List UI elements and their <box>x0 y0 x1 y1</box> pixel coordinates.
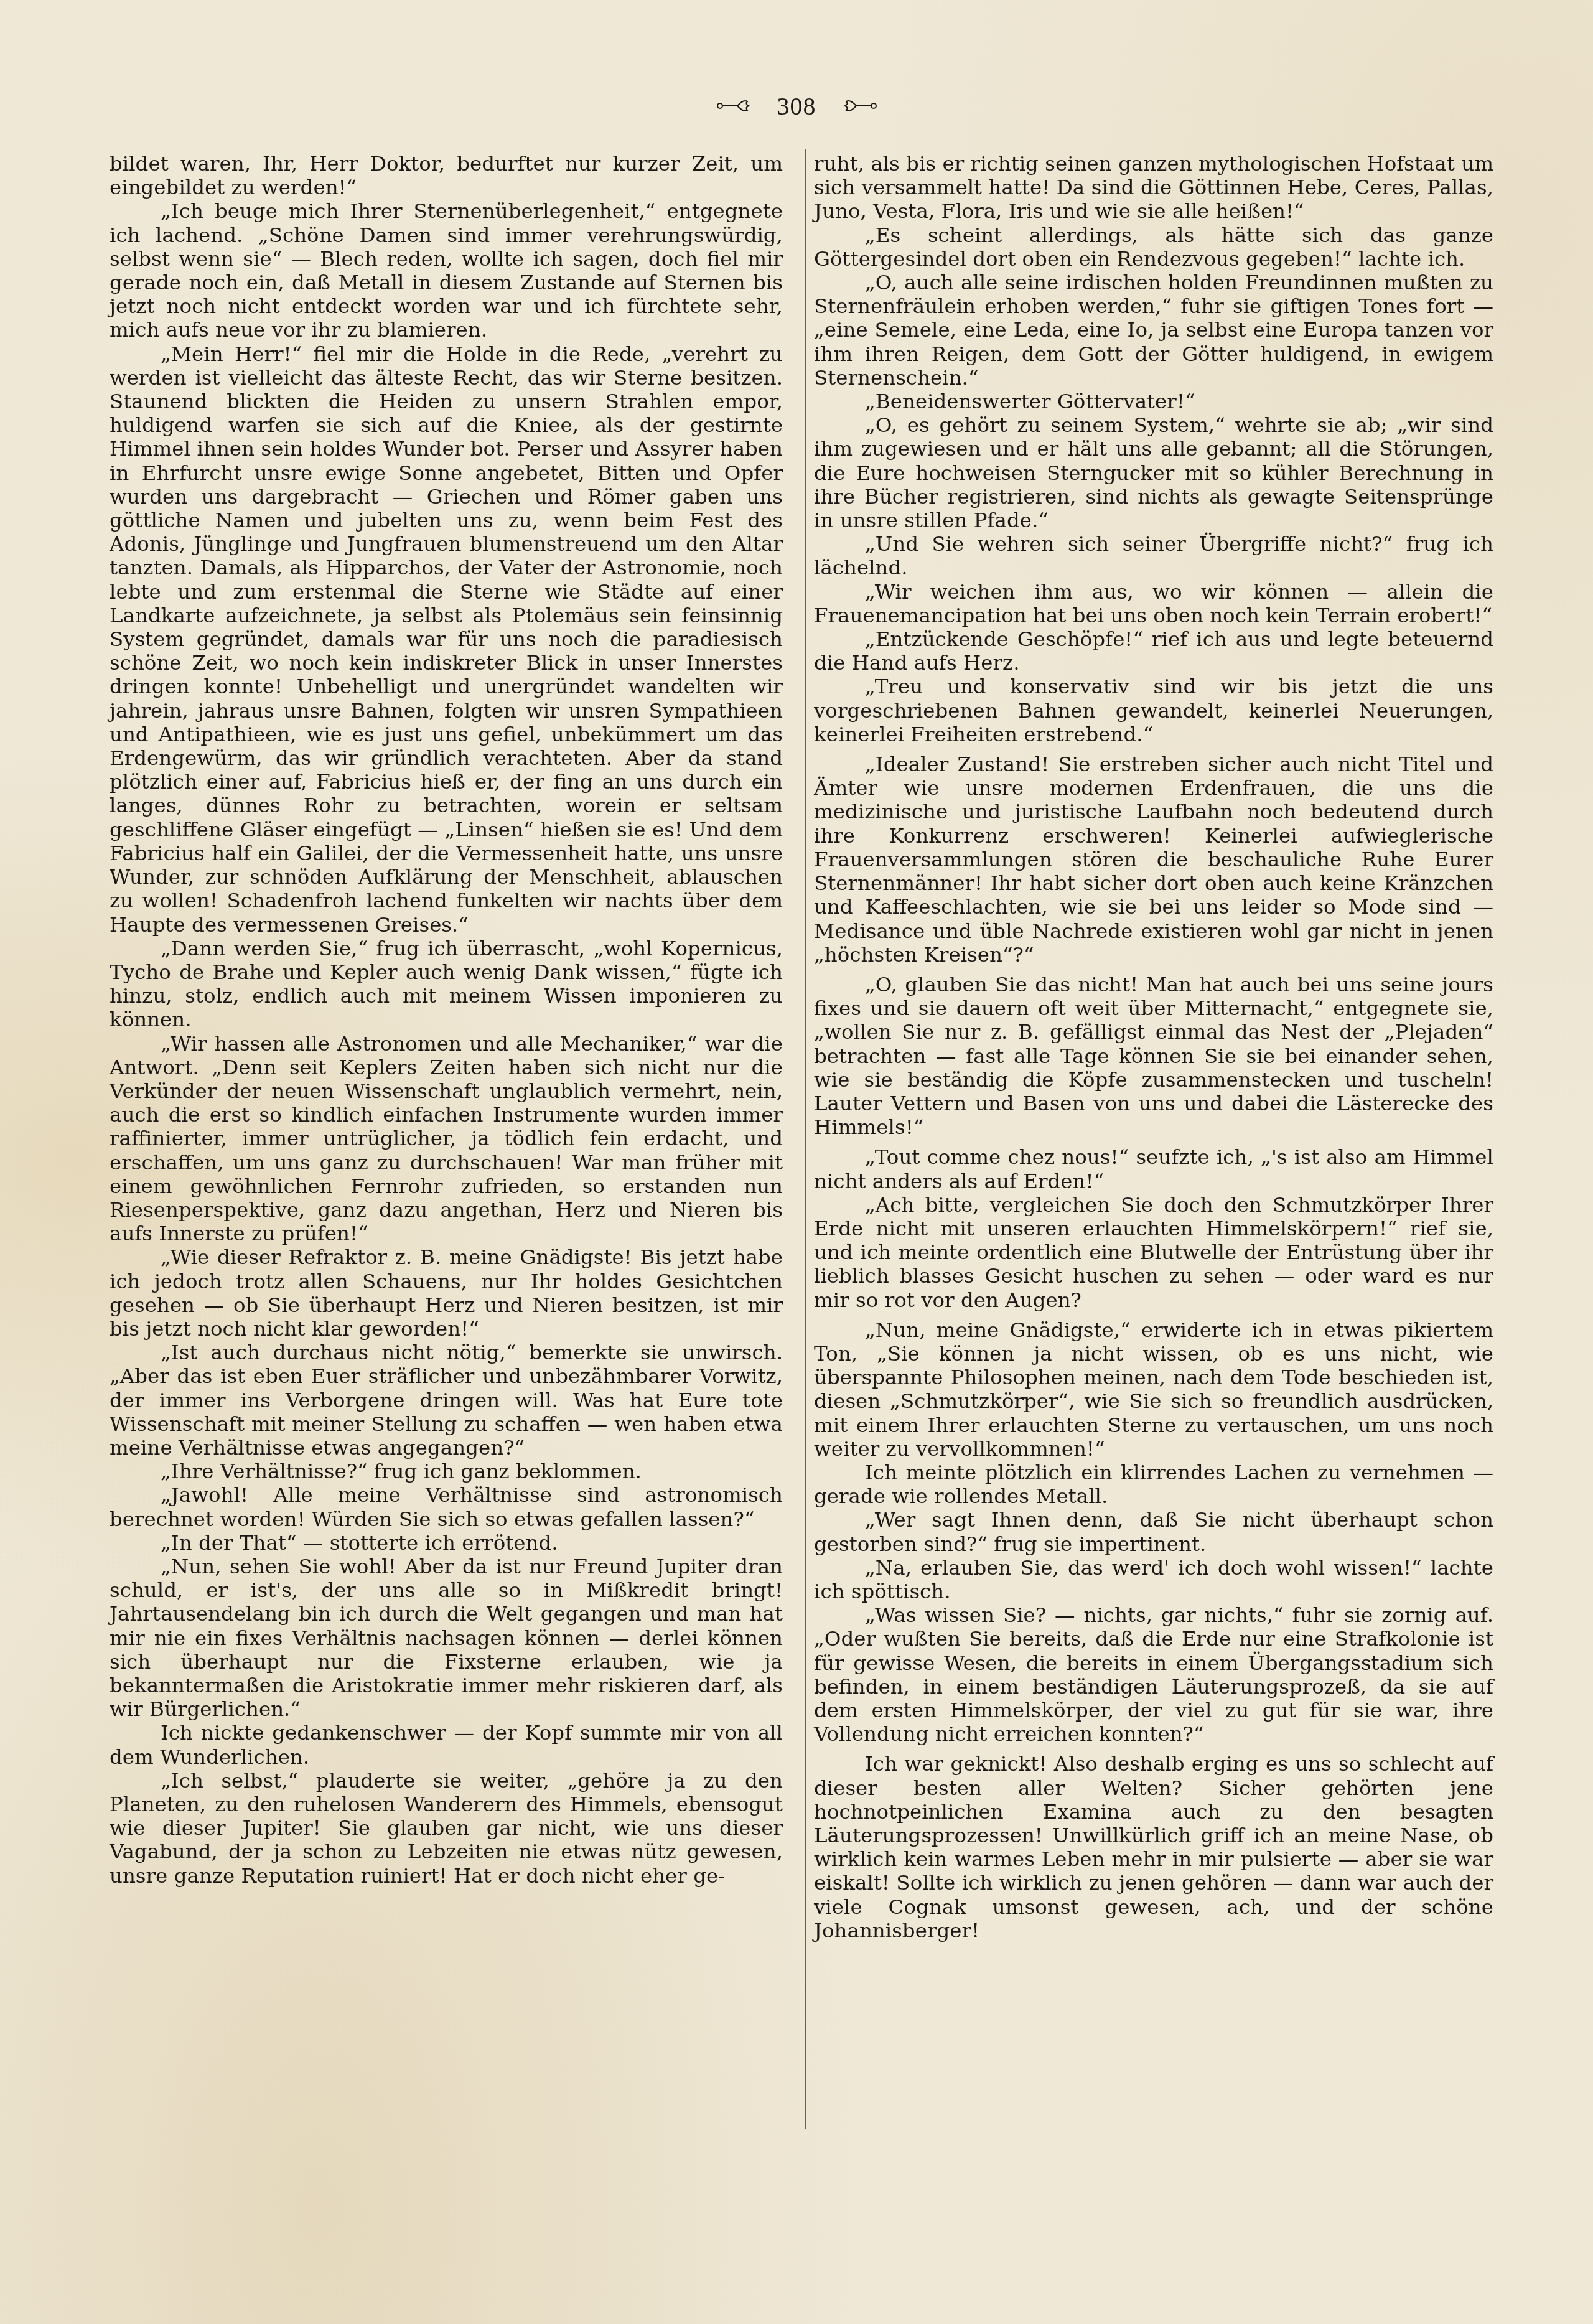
paragraph: „O, glauben Sie das nicht! Man hat auch … <box>814 973 1493 1139</box>
text-column-right: ruht, als bis er richtig seinen ganzen m… <box>814 152 1493 1942</box>
paragraph: „Idealer Zustand! Sie erstreben sicher a… <box>814 752 1493 967</box>
paragraph: „Wer sagt Ihnen denn, daß Sie nicht über… <box>814 1508 1493 1555</box>
paragraph: „Mein Herr!“ fiel mir die Holde in die R… <box>110 342 783 937</box>
page-header: 308 <box>0 87 1593 124</box>
paragraph: „O, es gehört zu seinem System,“ wehrte … <box>814 413 1493 532</box>
paragraph: „O, auch alle seine irdischen holden Fre… <box>814 271 1493 390</box>
paragraph: „Entzückende Geschöpfe!“ rief ich aus un… <box>814 627 1493 675</box>
ornament-left-icon <box>716 96 754 115</box>
paragraph: „Tout comme chez nous!“ seufzte ich, „'s… <box>814 1145 1493 1192</box>
page-number: 308 <box>777 91 816 121</box>
paragraph: Ich nickte gedankenschwer — der Kopf sum… <box>110 1721 783 1768</box>
paragraph: ruht, als bis er richtig seinen ganzen m… <box>814 152 1493 223</box>
paragraph: „Was wissen Sie? — nichts, gar nichts,“ … <box>814 1603 1493 1746</box>
paragraph: „Ihre Verhältnisse?“ frug ich ganz beklo… <box>110 1460 783 1483</box>
paragraph: Ich meinte plötzlich ein klirrendes Lach… <box>814 1461 1493 1508</box>
paragraph: „Nun, meine Gnädigste,“ erwiderte ich in… <box>814 1318 1493 1461</box>
paragraph: „Beneidenswerter Göttervater!“ <box>814 390 1493 413</box>
paragraph: bildet waren, Ihr, Herr Doktor, bedurfte… <box>110 152 783 199</box>
paragraph: „Ach bitte, vergleichen Sie doch den Sch… <box>814 1193 1493 1312</box>
ornament-right-icon <box>840 96 877 115</box>
paragraph: Ich war geknickt! Also deshalb erging es… <box>814 1752 1493 1942</box>
paragraph: „Ich selbst,“ plauderte sie weiter, „geh… <box>110 1769 783 1888</box>
scanned-page: 308 bildet waren, Ihr, Herr Doktor, bedu… <box>0 0 1593 2324</box>
paragraph: „Nun, sehen Sie wohl! Aber da ist nur Fr… <box>110 1555 783 1721</box>
paragraph: „Treu und konservativ sind wir bis jetzt… <box>814 675 1493 746</box>
paragraph: „In der That“ — stotterte ich errötend. <box>110 1531 783 1555</box>
paragraph: „Wir hassen alle Astronomen und alle Mec… <box>110 1032 783 1246</box>
paragraph: „Ich beuge mich Ihrer Sternenüberlegenhe… <box>110 199 783 342</box>
paragraph: „Wie dieser Refraktor z. B. meine Gnädig… <box>110 1245 783 1341</box>
column-divider <box>805 149 806 2129</box>
paragraph: „Jawohl! Alle meine Verhältnisse sind as… <box>110 1483 783 1530</box>
paragraph: „Es scheint allerdings, als hätte sich d… <box>814 223 1493 271</box>
paragraph: „Und Sie wehren sich seiner Übergriffe n… <box>814 532 1493 579</box>
paragraph: „Na, erlauben Sie, das werd' ich doch wo… <box>814 1556 1493 1603</box>
text-column-left: bildet waren, Ihr, Herr Doktor, bedurfte… <box>110 152 783 1888</box>
paragraph: „Wir weichen ihm aus, wo wir können — al… <box>814 580 1493 627</box>
paragraph: „Ist auch durchaus nicht nötig,“ bemerkt… <box>110 1341 783 1460</box>
paragraph: „Dann werden Sie,“ frug ich überrascht, … <box>110 937 783 1032</box>
